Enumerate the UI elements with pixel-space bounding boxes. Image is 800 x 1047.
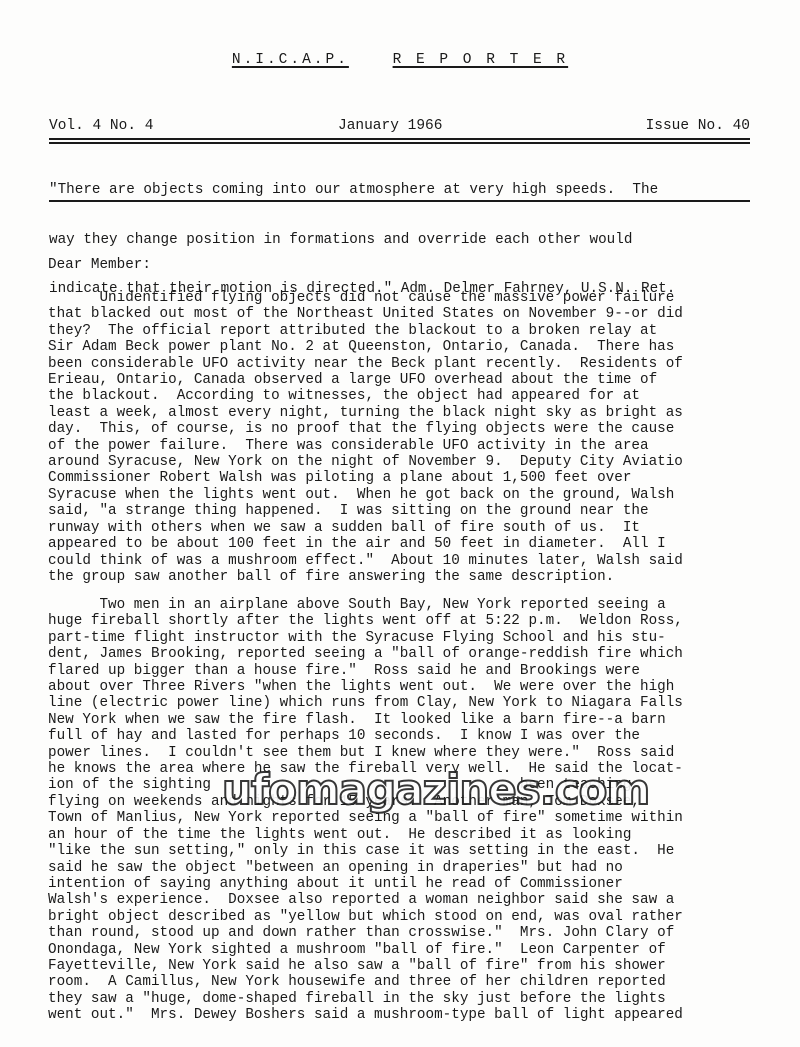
text-line: power lines. I couldn't see them but I k… (48, 745, 768, 761)
text-line: appeared to be about 100 feet in the air… (48, 536, 768, 552)
text-line: about over Three Rivers "when the lights… (48, 679, 768, 695)
masthead-org: N.I.C.A.P. (232, 52, 349, 68)
text-line: been considerable UFO activity near the … (48, 356, 768, 372)
text-line: they saw a "huge, dome-shaped fireball i… (48, 991, 768, 1007)
text-line: Unidentified flying objects did not caus… (48, 290, 768, 306)
issue-number: Issue No. 40 (646, 118, 750, 134)
text-line: flared up bigger than a house fire." Ros… (48, 663, 768, 679)
text-line: they? The official report attributed the… (48, 323, 768, 339)
header-rule-top (49, 138, 750, 140)
text-line: New York when we saw the fire flash. It … (48, 712, 768, 728)
epigraph-rule (49, 200, 750, 202)
issue-info-line: Vol. 4 No. 4 January 1966 Issue No. 40 (49, 118, 750, 140)
text-line: day. This, of course, is no proof that t… (48, 421, 768, 437)
newsletter-page: N.I.C.A.P. R E P O R T E R Vol. 4 No. 4 … (0, 0, 800, 1047)
text-line: than round, stood up and down rather tha… (48, 925, 768, 941)
text-line: around Syracuse, New York on the night o… (48, 454, 768, 470)
text-line: Sir Adam Beck power plant No. 2 at Queen… (48, 339, 768, 355)
text-line: Onondaga, New York sighted a mushroom "b… (48, 942, 768, 958)
text-line: part-time flight instructor with the Syr… (48, 630, 768, 646)
text-line: an hour of the time the lights went out.… (48, 827, 768, 843)
text-line: went out." Mrs. Dewey Boshers said a mus… (48, 1007, 768, 1023)
text-line: "like the sun setting," only in this cas… (48, 843, 768, 859)
issue-date: January 1966 (338, 118, 442, 134)
masthead: N.I.C.A.P. R E P O R T E R (0, 52, 800, 68)
text-line: huge fireball shortly after the lights w… (48, 613, 768, 629)
text-line: runway with others when we saw a sudden … (48, 520, 768, 536)
epigraph-line: "There are objects coming into our atmos… (49, 182, 759, 199)
text-line: Two men in an airplane above South Bay, … (48, 597, 768, 613)
text-line: could think of was a mushroom effect." A… (48, 553, 768, 569)
salutation: Dear Member: (48, 257, 768, 273)
text-line: line (electric power line) which runs fr… (48, 695, 768, 711)
text-line: bright object described as "yellow but w… (48, 909, 768, 925)
header-rule-bottom (49, 142, 750, 144)
epigraph-line: way they change position in formations a… (49, 232, 759, 249)
text-line: Commissioner Robert Walsh was piloting a… (48, 470, 768, 486)
text-line: Fayetteville, New York said he also saw … (48, 958, 768, 974)
text-line: Erieau, Ontario, Canada observed a large… (48, 372, 768, 388)
text-line: Syracuse when the lights went out. When … (48, 487, 768, 503)
text-line: the blackout. According to witnesses, th… (48, 388, 768, 404)
text-line: room. A Camillus, New York housewife and… (48, 974, 768, 990)
paragraph-blackout: Unidentified flying objects did not caus… (48, 290, 768, 585)
text-line: said, "a strange thing happened. I was s… (48, 503, 768, 519)
text-line: dent, James Brooking, reported seeing a … (48, 646, 768, 662)
text-line: least a week, almost every night, turnin… (48, 405, 768, 421)
text-line: said he saw the object "between an openi… (48, 860, 768, 876)
text-line: the group saw another ball of fire answe… (48, 569, 768, 585)
text-line: that blacked out most of the Northeast U… (48, 306, 768, 322)
text-line: intention of saying anything about it un… (48, 876, 768, 892)
watermark: ufomagazines.com (222, 765, 649, 814)
text-line: of the power failure. There was consider… (48, 438, 768, 454)
text-line: full of hay and lasted for perhaps 10 se… (48, 728, 768, 744)
masthead-title: R E P O R T E R (393, 52, 569, 68)
text-line: Walsh's experience. Doxsee also reported… (48, 892, 768, 908)
volume-number: Vol. 4 No. 4 (49, 118, 153, 134)
